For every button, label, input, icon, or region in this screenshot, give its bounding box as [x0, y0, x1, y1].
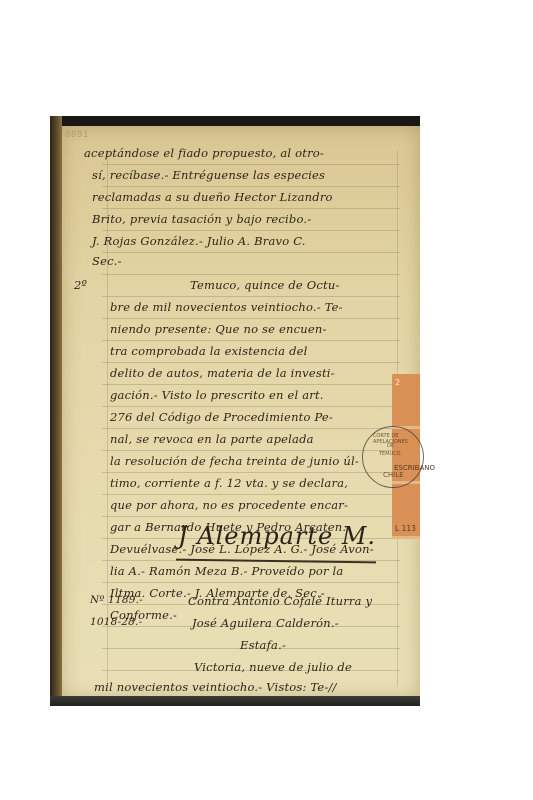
case-number: Nº 1189.- [90, 594, 143, 606]
ruled-line [102, 296, 400, 297]
ruled-line [102, 164, 400, 165]
handwritten-line: nal, se revoca en la parte apelada [110, 432, 314, 446]
handwritten-line: sí, recíbase.- Entréguense las especies [92, 168, 325, 182]
ruled-line [102, 362, 400, 363]
handwritten-line: timo, corriente a f. 12 vta. y se declar… [110, 476, 348, 490]
book-bottom-edge [50, 696, 420, 706]
handwritten-line: J. Rojas González.- Julio A. Bravo C. [92, 234, 306, 248]
handwritten-line: mil novecientos veintiocho.- Vistos: Te-… [94, 680, 337, 694]
handwritten-line: 276 del Código de Procedimiento Pe- [110, 410, 333, 424]
ruled-line [102, 274, 400, 275]
ruled-line [102, 472, 400, 473]
case-date: 1018-28.- [90, 616, 142, 628]
folio-number: 0891 [65, 130, 89, 140]
entry-marker: 2º [74, 278, 87, 292]
handwritten-line: Estafa.- [240, 638, 286, 652]
handwritten-line: Brito, previa tasación y bajo recibo.- [92, 212, 311, 226]
handwritten-line: José Aguilera Calderón.- [192, 616, 339, 630]
handwritten-line: lia A.- Ramón Meza B.- Proveído por la [110, 564, 344, 578]
ruled-line [102, 318, 400, 319]
handwritten-line: tra comprobada la existencia del [110, 344, 308, 358]
handwritten-line: delito de autos, materia de la investi- [110, 366, 335, 380]
ruled-line [102, 406, 400, 407]
handwritten-line: reclamadas a su dueño Hector Lizandro [92, 190, 333, 204]
handwritten-line: gación.- Visto lo prescrito en el art. [110, 388, 324, 402]
ruled-line [102, 252, 400, 253]
handwritten-line: Victoria, nueve de julio de [194, 660, 352, 674]
ruled-line [102, 208, 400, 209]
ruled-line [102, 428, 400, 429]
handwritten-line: aceptándose el fiado propuesto, al otro- [84, 146, 324, 160]
ruled-line [102, 230, 400, 231]
handwritten-line: bre de mil novecientos veintiocho.- Te- [110, 300, 343, 314]
signature: J Alemparte M. [178, 522, 376, 550]
handwritten-line: Temuco, quince de Octu- [190, 278, 340, 292]
ledger-page: 0891 aceptándose el fiado propuesto, al … [62, 126, 420, 698]
handwritten-line: niendo presente: Que no se encuen- [110, 322, 327, 336]
handwritten-line: la resolución de fecha treinta de junio … [110, 454, 359, 468]
ruled-line [102, 516, 400, 517]
ruled-line [102, 186, 400, 187]
ruled-line [102, 340, 400, 341]
ruled-line [102, 384, 400, 385]
ruled-line [102, 494, 400, 495]
handwritten-line: Sec.- [92, 254, 122, 268]
handwritten-line: Contra Antonio Cofalé Iturra y [188, 594, 372, 608]
ruled-line [102, 582, 400, 583]
book-spine-edge [50, 116, 62, 706]
ruled-line [102, 450, 400, 451]
handwritten-line: que por ahora, no es procedente encar- [110, 498, 348, 512]
